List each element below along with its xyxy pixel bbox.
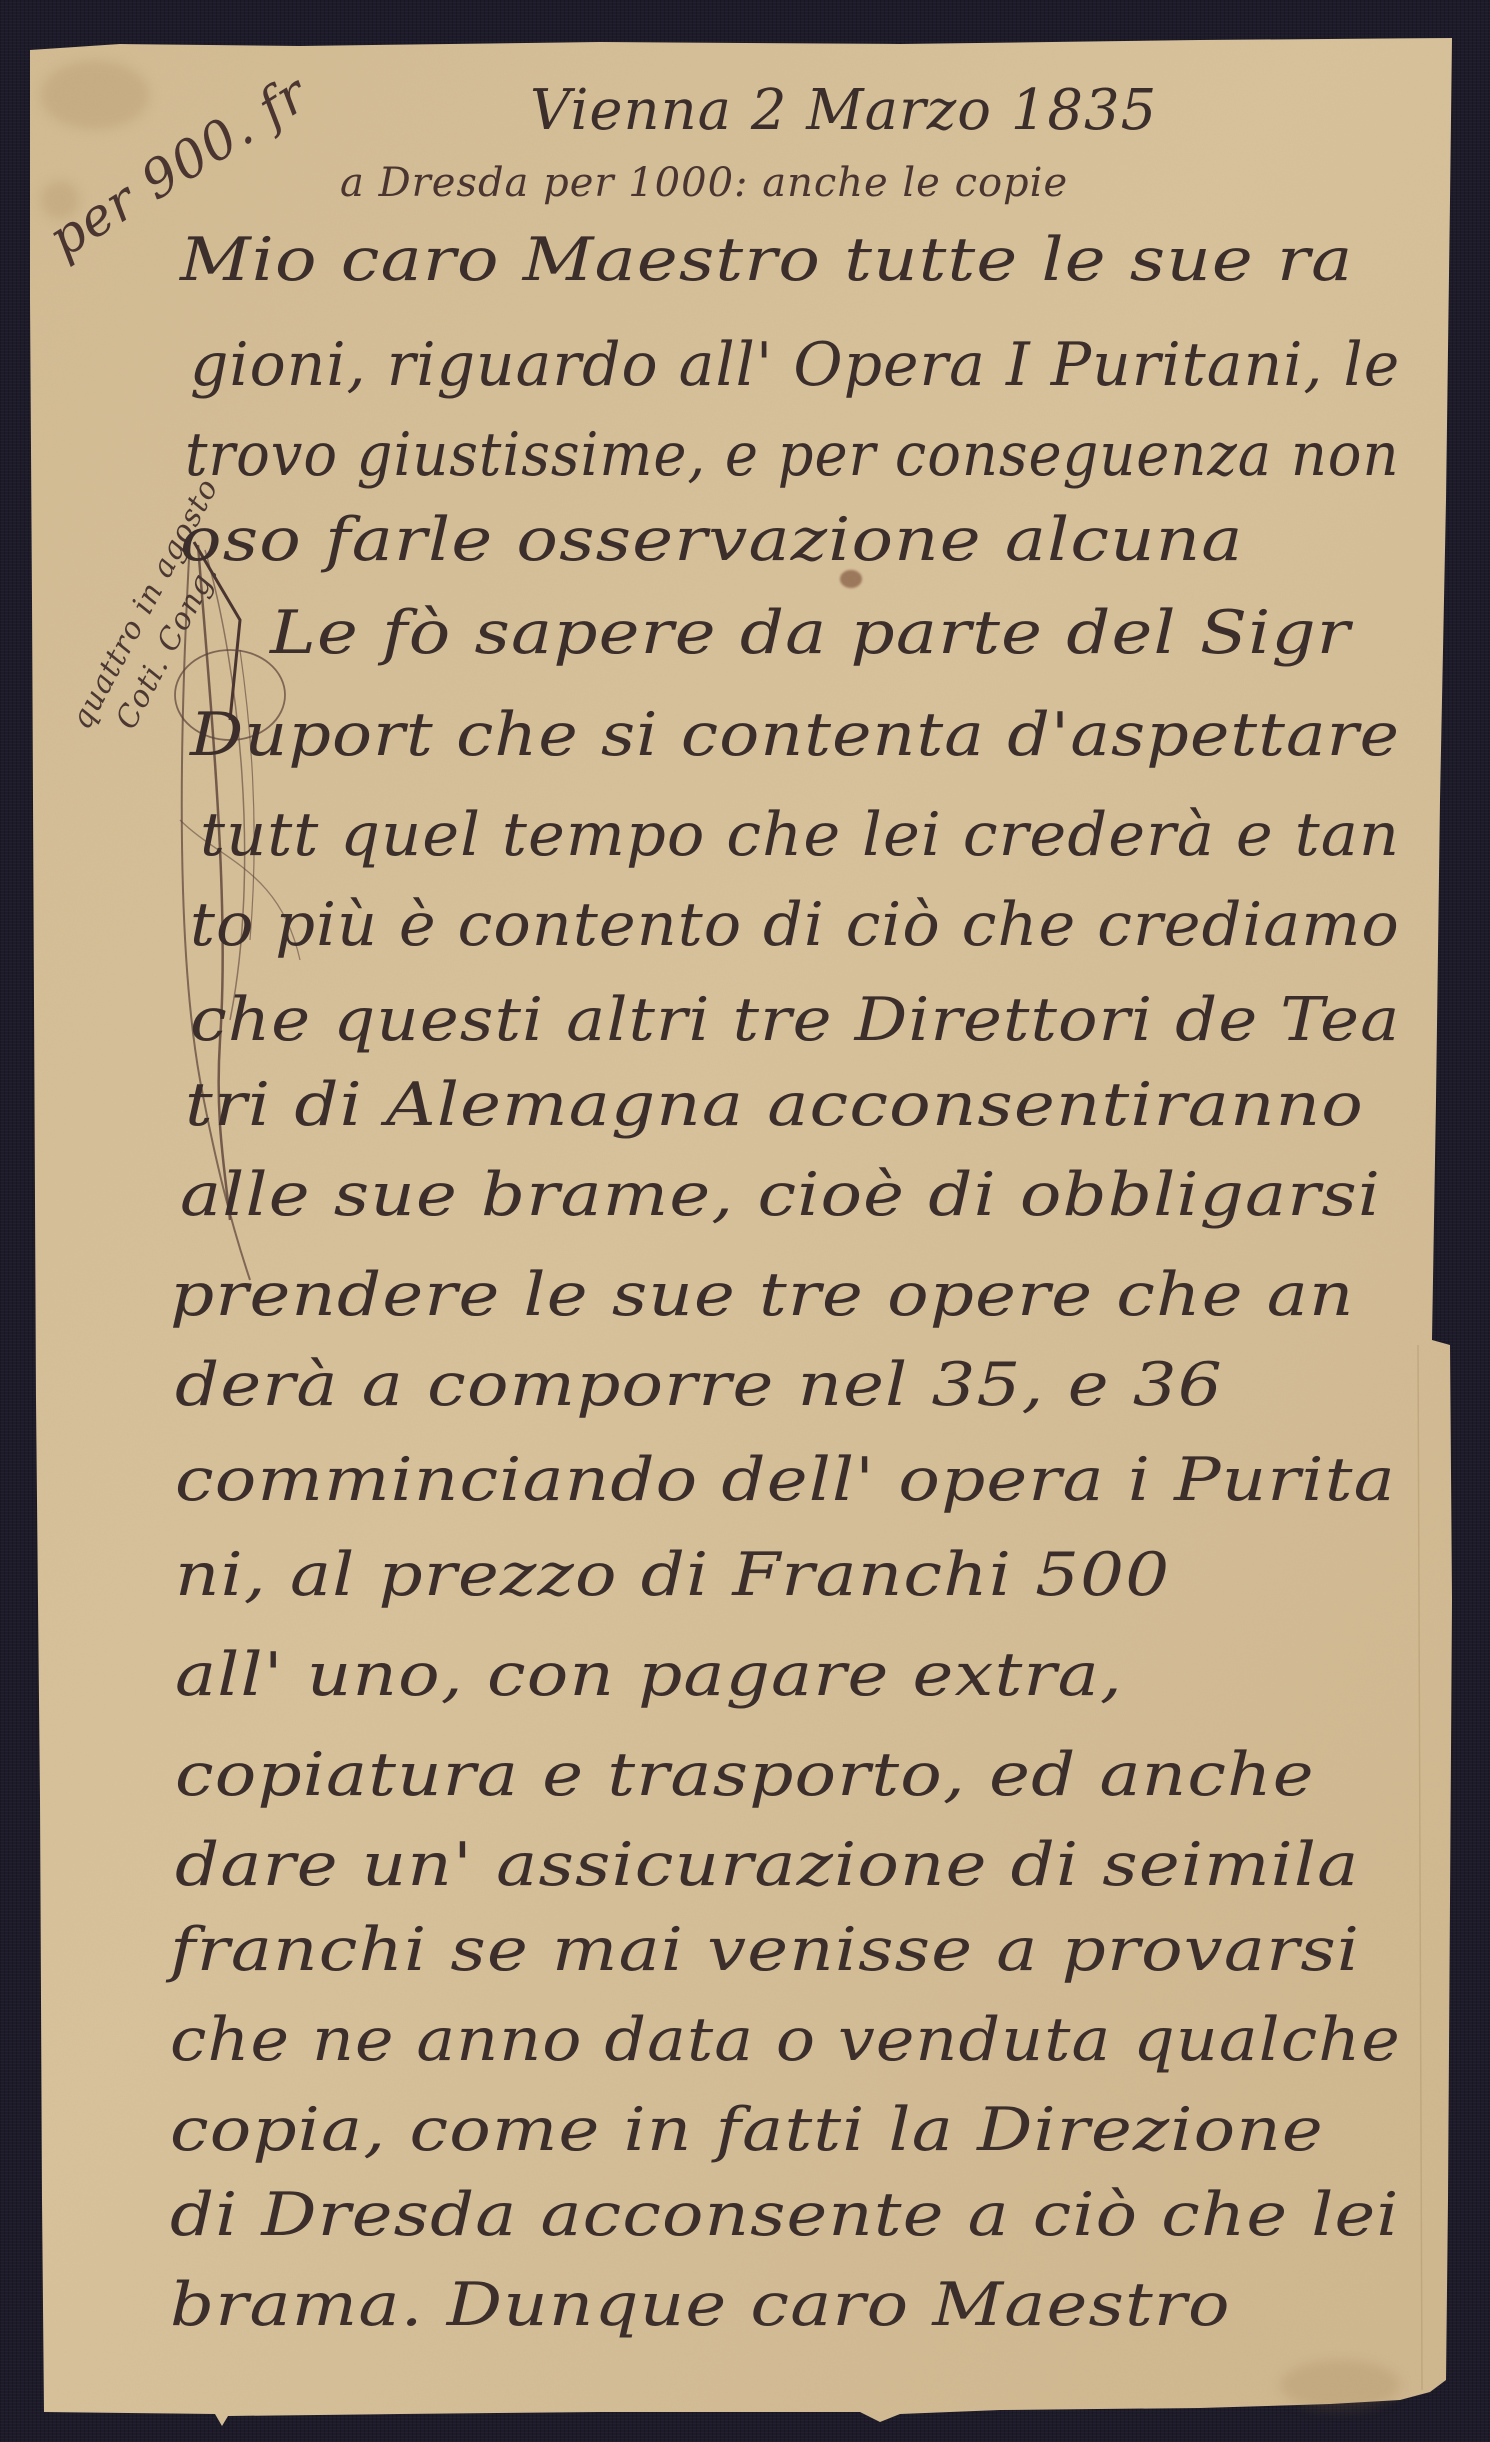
letter-subline: a Dresda per 1000: anche le copie	[340, 160, 1068, 206]
letter-line: franchi se mai venisse a provarsi	[170, 1915, 1360, 1985]
letter-line: che ne anno data o venduta qualche	[170, 2005, 1401, 2075]
letter-line: gioni, riguardo all' Opera I Puritani, l…	[190, 330, 1400, 400]
letter-line: alle sue brame, cioè di obbligarsi	[180, 1160, 1381, 1230]
letter-line: dare un' assicurazione di seimila	[175, 1830, 1359, 1900]
letter-line: all' uno, con pagare extra,	[175, 1640, 1123, 1710]
letter-line: copia, come in fatti la Direzione	[170, 2095, 1324, 2165]
letter-line: comminciando dell' opera i Purita	[175, 1445, 1396, 1515]
letter-line: Le fò sapere da parte del Sigr	[270, 598, 1351, 668]
letter-line: ni, al prezzo di Franchi 500	[175, 1540, 1170, 1610]
letter-line: che questi altri tre Direttori de Tea	[190, 985, 1400, 1055]
letter-content: per 900. fr Vienna 2 Marzo 1835 a Dresda…	[0, 0, 1490, 2442]
letter-line: copiatura e trasporto, ed anche	[175, 1740, 1315, 1810]
letter-line: Duport che si contenta d'aspettare	[190, 700, 1400, 770]
letter-place-date: Vienna 2 Marzo 1835	[530, 78, 1157, 143]
letter-line: oso farle osservazione alcuna	[180, 505, 1244, 575]
letter-line: Mio caro Maestro tutte le sue ra	[180, 225, 1353, 295]
letter-line: derà a comporre nel 35, e 36	[175, 1350, 1223, 1420]
letter-line: tri di Alemagna acconsentiranno	[185, 1070, 1364, 1140]
letter-line: to più è contento di ciò che crediamo	[190, 890, 1400, 960]
letter-line: trovo giustissime, e per conseguenza non	[185, 420, 1399, 490]
letter-line: prendere le sue tre opere che an	[170, 1260, 1355, 1330]
letter-line: tutt quel tempo che lei crederà e tan	[200, 800, 1400, 870]
letter-line: brama. Dunque caro Maestro	[170, 2270, 1231, 2340]
letter-line: di Dresda acconsente a ciò che lei	[170, 2180, 1400, 2250]
